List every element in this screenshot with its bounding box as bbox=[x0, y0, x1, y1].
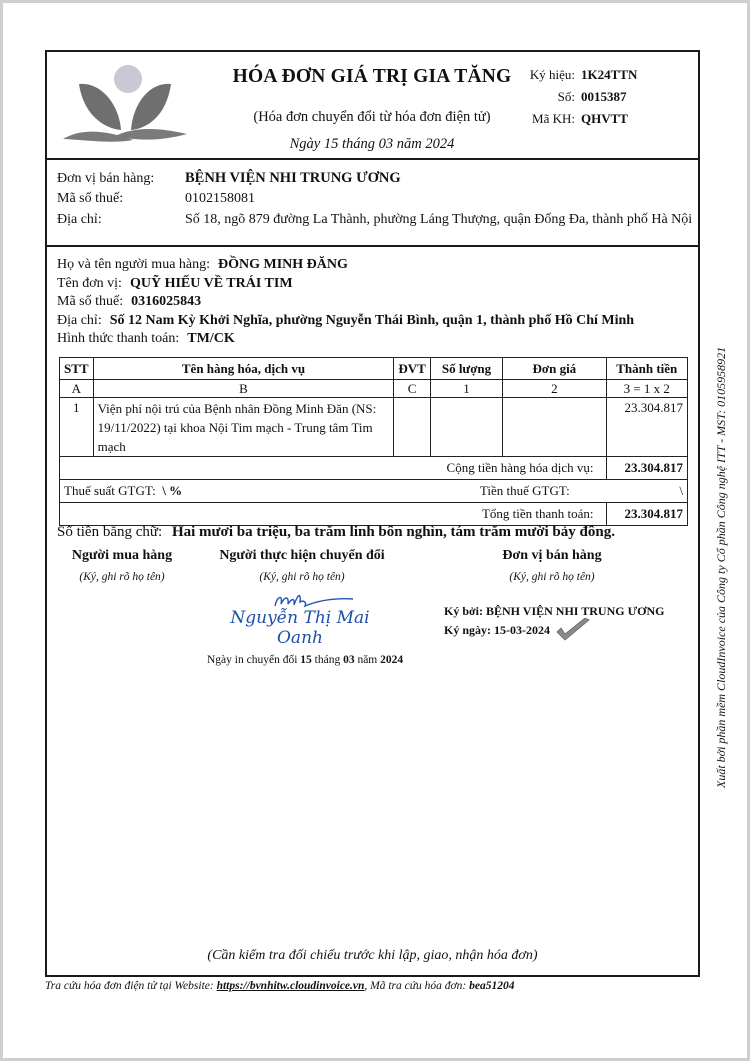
invoice-meta: Ký hiệu: 1K24TTN Số: 0015387 Mã KH: QHVT… bbox=[513, 67, 637, 133]
vat-row: Thuế suất GTGT: \ % Tiền thuế GTGT: \ bbox=[60, 480, 688, 503]
seller-tax-row: Mã số thuế: 0102158081 bbox=[57, 191, 692, 212]
converter-signature: Nguyễn Thị Mai Oanh bbox=[215, 590, 385, 648]
print-date: Ngày in chuyển đổi 15 tháng 03 năm 2024 bbox=[207, 654, 403, 666]
converter-name: Nguyễn Thị Mai Oanh bbox=[215, 608, 385, 648]
invoice-title: HÓA ĐƠN GIÁ TRỊ GIA TĂNG bbox=[227, 66, 517, 88]
seller-name: BỆNH VIỆN NHI TRUNG ƯƠNG bbox=[185, 170, 401, 187]
seller-section: Đơn vị bán hàng: BỆNH VIỆN NHI TRUNG ƯƠN… bbox=[57, 170, 692, 233]
buyer-tax-code: 0316025843 bbox=[131, 294, 201, 310]
items-table: STT Tên hàng hóa, dịch vụ ĐVT Số lượng Đ… bbox=[59, 357, 688, 526]
checkmark-icon bbox=[555, 618, 591, 644]
item-amount: 23.304.817 bbox=[606, 398, 688, 457]
buyer-name: ĐỒNG MINH ĐĂNG bbox=[218, 257, 348, 273]
page-frame: HÓA ĐƠN GIÁ TRỊ GIA TĂNG (Hóa đơn chuyển… bbox=[0, 0, 750, 1061]
buyer-unit: QUỸ HIẾU VỀ TRÁI TIM bbox=[130, 276, 293, 292]
table-code-row: A B C 1 2 3 = 1 x 2 bbox=[60, 380, 688, 398]
subtotal-row: Cộng tiền hàng hóa dịch vụ: 23.304.817 bbox=[60, 457, 688, 480]
buyer-address-row: Địa chỉ: Số 12 Nam Kỳ Khởi Nghĩa, phường… bbox=[57, 313, 634, 332]
software-credit: Xuất bởi phần mềm CloudInvoice của Công … bbox=[714, 347, 729, 788]
buyer-signature-block: Người mua hàng (Ký, ghi rõ họ tên) bbox=[57, 548, 187, 583]
table-header-row: STT Tên hàng hóa, dịch vụ ĐVT Số lượng Đ… bbox=[60, 358, 688, 380]
disclaimer: (Cần kiểm tra đối chiếu trước khi lập, g… bbox=[47, 948, 698, 964]
buyer-unit-row: Tên đơn vị: QUỸ HIẾU VỀ TRÁI TIM bbox=[57, 276, 634, 295]
amount-in-words: Số tiền bằng chữ: Hai mươi ba triệu, ba … bbox=[57, 524, 615, 541]
item-description: Viện phí nội trú của Bệnh nhân Đồng Minh… bbox=[93, 398, 394, 457]
vat-rate: Thuế suất GTGT: \ % bbox=[64, 483, 182, 499]
buyer-payment-row: Hình thức thanh toán: TM/CK bbox=[57, 331, 634, 350]
invoice-subtitle: (Hóa đơn chuyển đổi từ hóa đơn điện tử) bbox=[227, 109, 517, 126]
buyer-section: Họ và tên người mua hàng: ĐỒNG MINH ĐĂNG… bbox=[57, 257, 634, 350]
total-row: Tổng tiền thanh toán: 23.304.817 bbox=[60, 503, 688, 526]
payment-method: TM/CK bbox=[187, 331, 234, 347]
buyer-tax-row: Mã số thuế: 0316025843 bbox=[57, 294, 634, 313]
total-value: 23.304.817 bbox=[606, 503, 688, 526]
seller-address: Số 18, ngõ 879 đường La Thành, phường Lá… bbox=[185, 212, 692, 228]
lotus-logo-icon bbox=[61, 64, 189, 148]
vat-amount: Tiền thuế GTGT: \ bbox=[480, 483, 683, 499]
lookup-footer: Tra cứu hóa đơn điện tử tại Website: htt… bbox=[45, 980, 514, 992]
lookup-code: bea51204 bbox=[469, 980, 514, 992]
divider bbox=[47, 245, 698, 247]
converter-signature-block: Người thực hiện chuyển đổi (Ký, ghi rõ h… bbox=[207, 548, 397, 583]
invoice-header: HÓA ĐƠN GIÁ TRỊ GIA TĂNG (Hóa đơn chuyển… bbox=[47, 52, 698, 158]
invoice-date: Ngày 15 tháng 03 năm 2024 bbox=[227, 136, 517, 153]
seller-address-row: Địa chỉ: Số 18, ngõ 879 đường La Thành, … bbox=[57, 212, 692, 233]
buyer-address: Số 12 Nam Kỳ Khởi Nghĩa, phường Nguyễn T… bbox=[110, 313, 634, 329]
divider bbox=[47, 158, 698, 160]
buyer-name-row: Họ và tên người mua hàng: ĐỒNG MINH ĐĂNG bbox=[57, 257, 634, 276]
meta-number: Số: 0015387 bbox=[513, 89, 637, 111]
seller-signature-block: Đơn vị bán hàng (Ký, ghi rõ họ tên) bbox=[477, 548, 627, 583]
meta-symbol: Ký hiệu: 1K24TTN bbox=[513, 67, 637, 89]
lookup-website-link[interactable]: https://bvnhitw.cloudinvoice.vn bbox=[217, 980, 365, 992]
subtotal-value: 23.304.817 bbox=[606, 457, 688, 480]
table-row: 1 Viện phí nội trú của Bệnh nhân Đồng Mi… bbox=[60, 398, 688, 457]
seller-tax-code: 0102158081 bbox=[185, 191, 255, 207]
meta-customer-code: Mã KH: QHVTT bbox=[513, 111, 637, 133]
invoice-document: HÓA ĐƠN GIÁ TRỊ GIA TĂNG (Hóa đơn chuyển… bbox=[45, 50, 700, 977]
seller-name-row: Đơn vị bán hàng: BỆNH VIỆN NHI TRUNG ƯƠN… bbox=[57, 170, 692, 191]
